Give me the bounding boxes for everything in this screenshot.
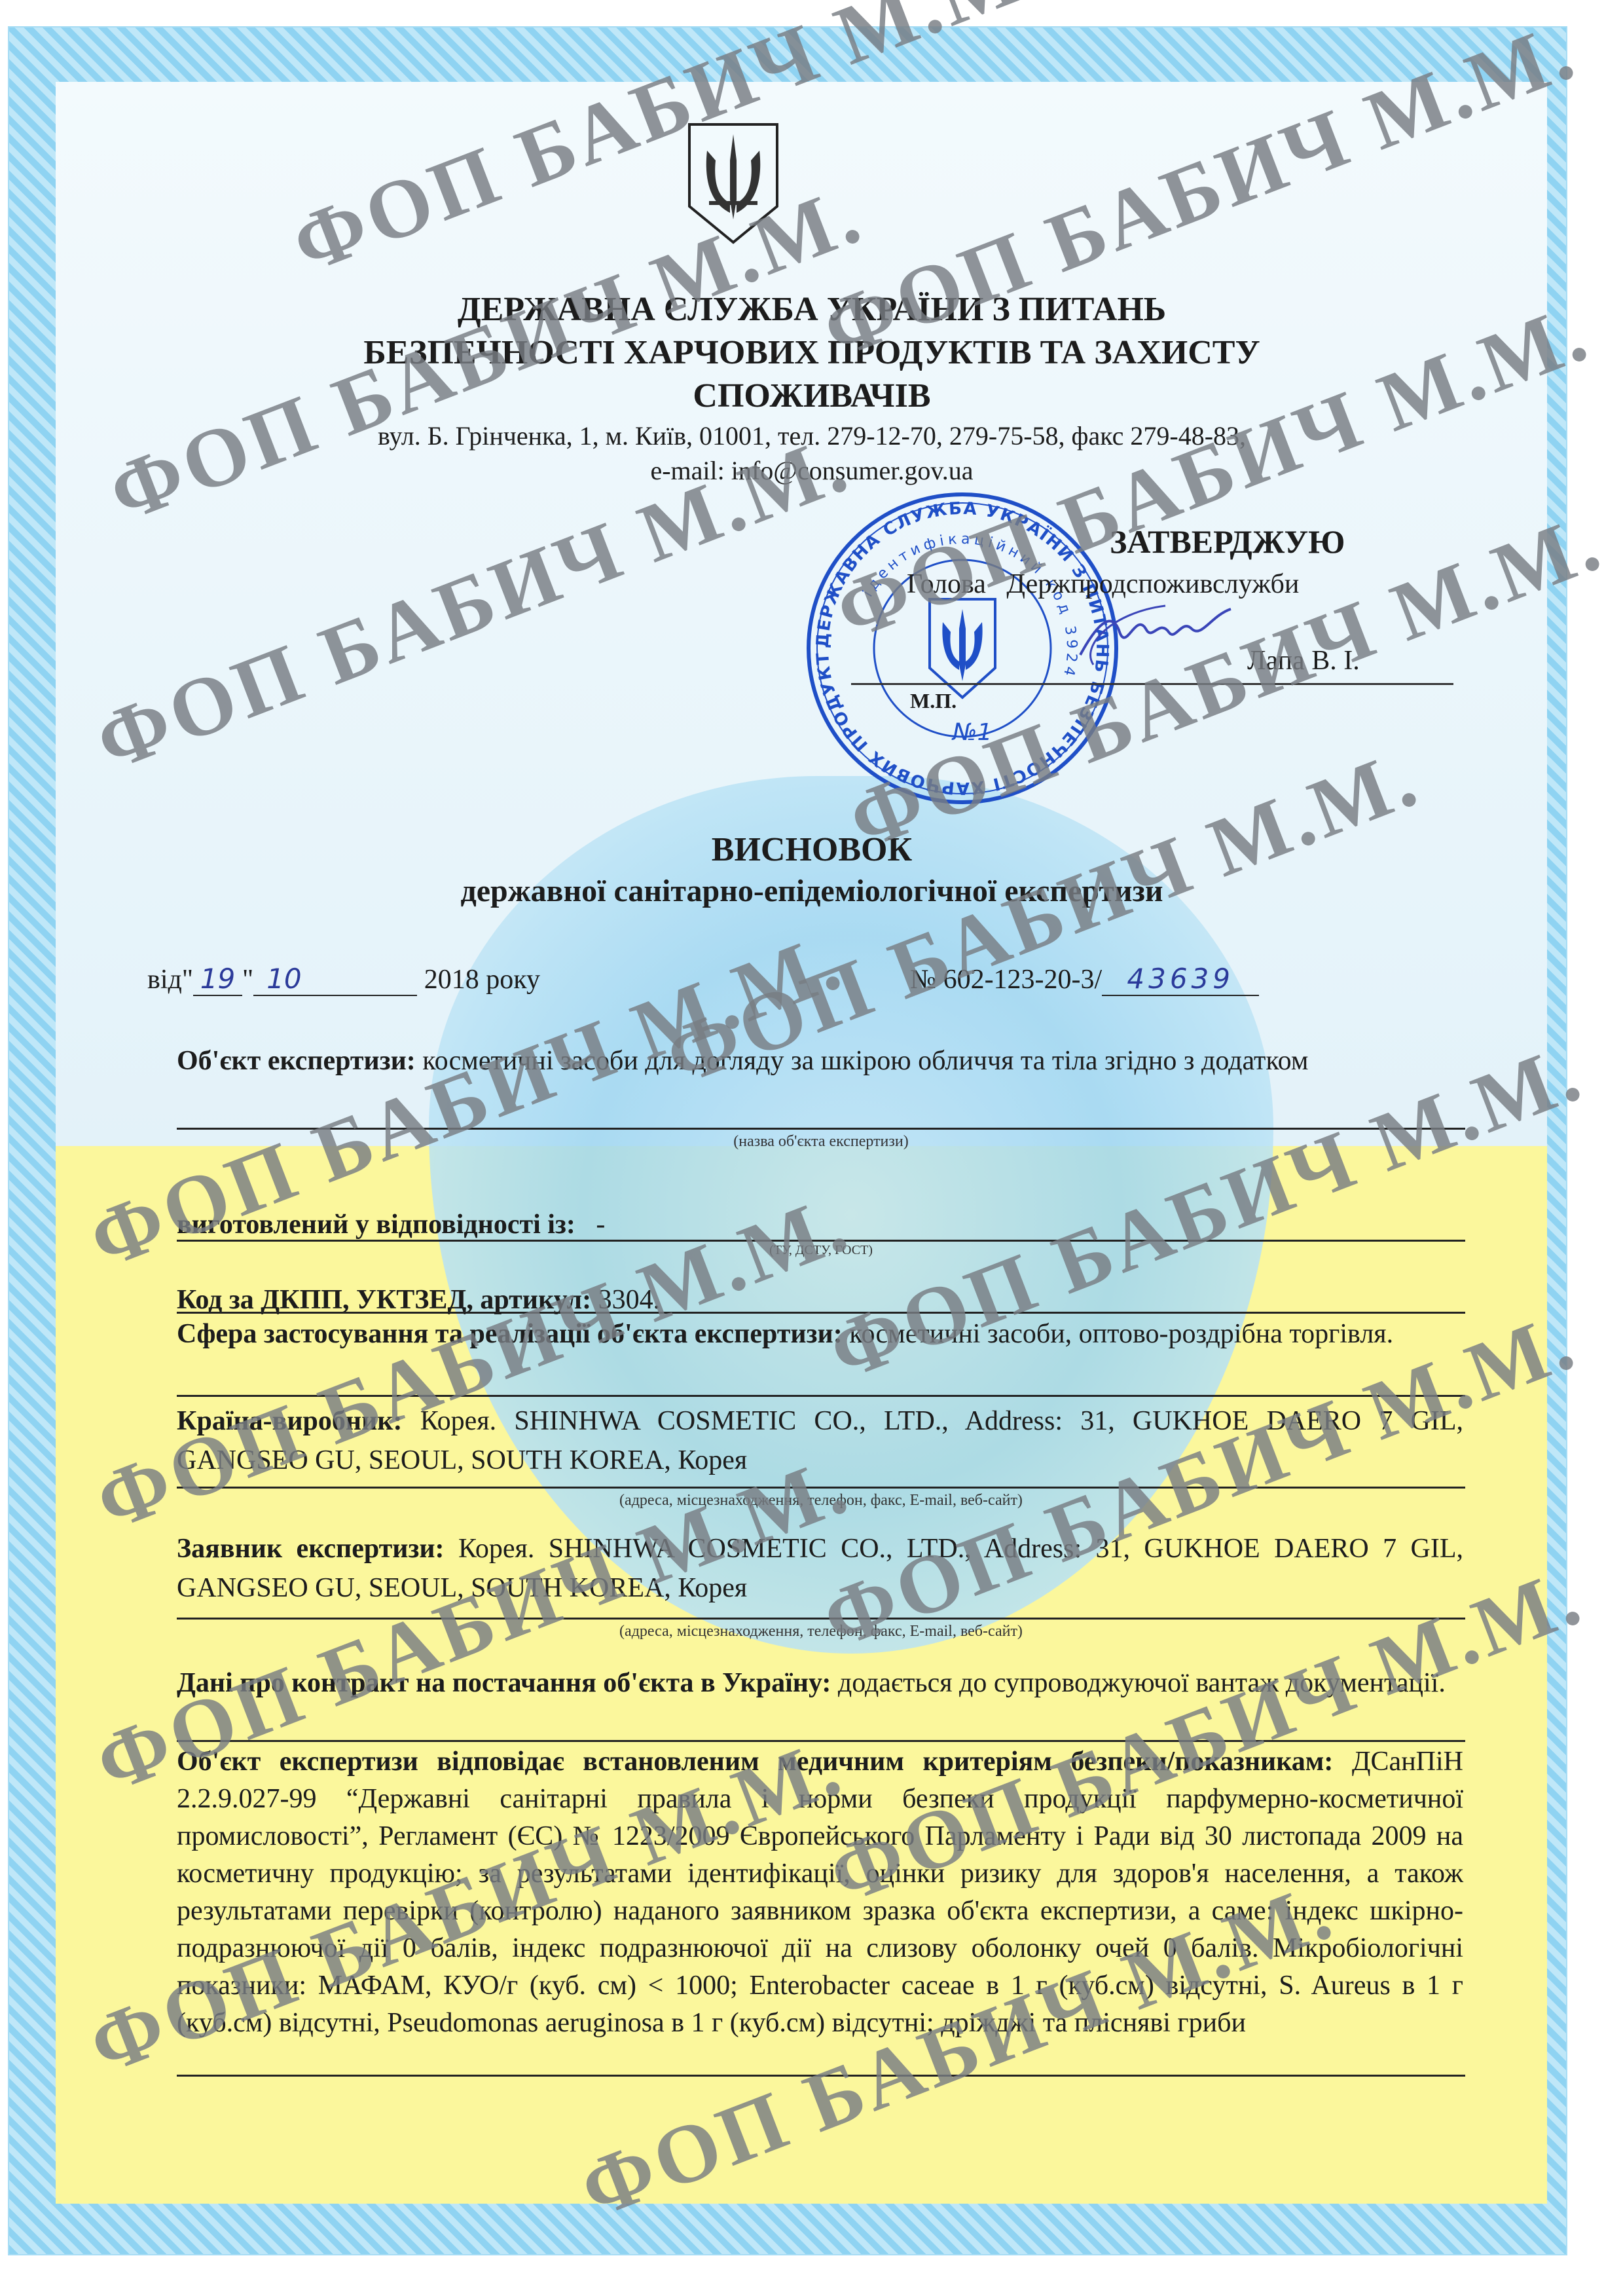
field-object-label: Об'єкт експертизи: [177,1046,416,1076]
document-content: ДЕРЖАВНА СЛУЖБА УКРАЇНИ З ПИТАНЬ БЕЗПЕЧН… [0,0,1623,2296]
date-row: від"19"10 2018 року [147,963,540,996]
date-year: 2018 року [424,965,540,995]
field-made-per-value: - [596,1210,605,1240]
document-number-handwritten: 43639 [1102,963,1259,996]
seal-label: М.П. [910,689,957,713]
date-prefix: від [147,965,182,995]
org-name-line-1: ДЕРЖАВНА СЛУЖБА УКРАЇНИ З ПИТАНЬ [157,288,1467,331]
date-month: 10 [253,963,417,996]
field-scope: Сфера застосування та реалізації об'єкта… [177,1314,1463,1354]
field-applicant-label: Заявник експертизи: [177,1534,445,1564]
date-day: 19 [193,963,242,996]
